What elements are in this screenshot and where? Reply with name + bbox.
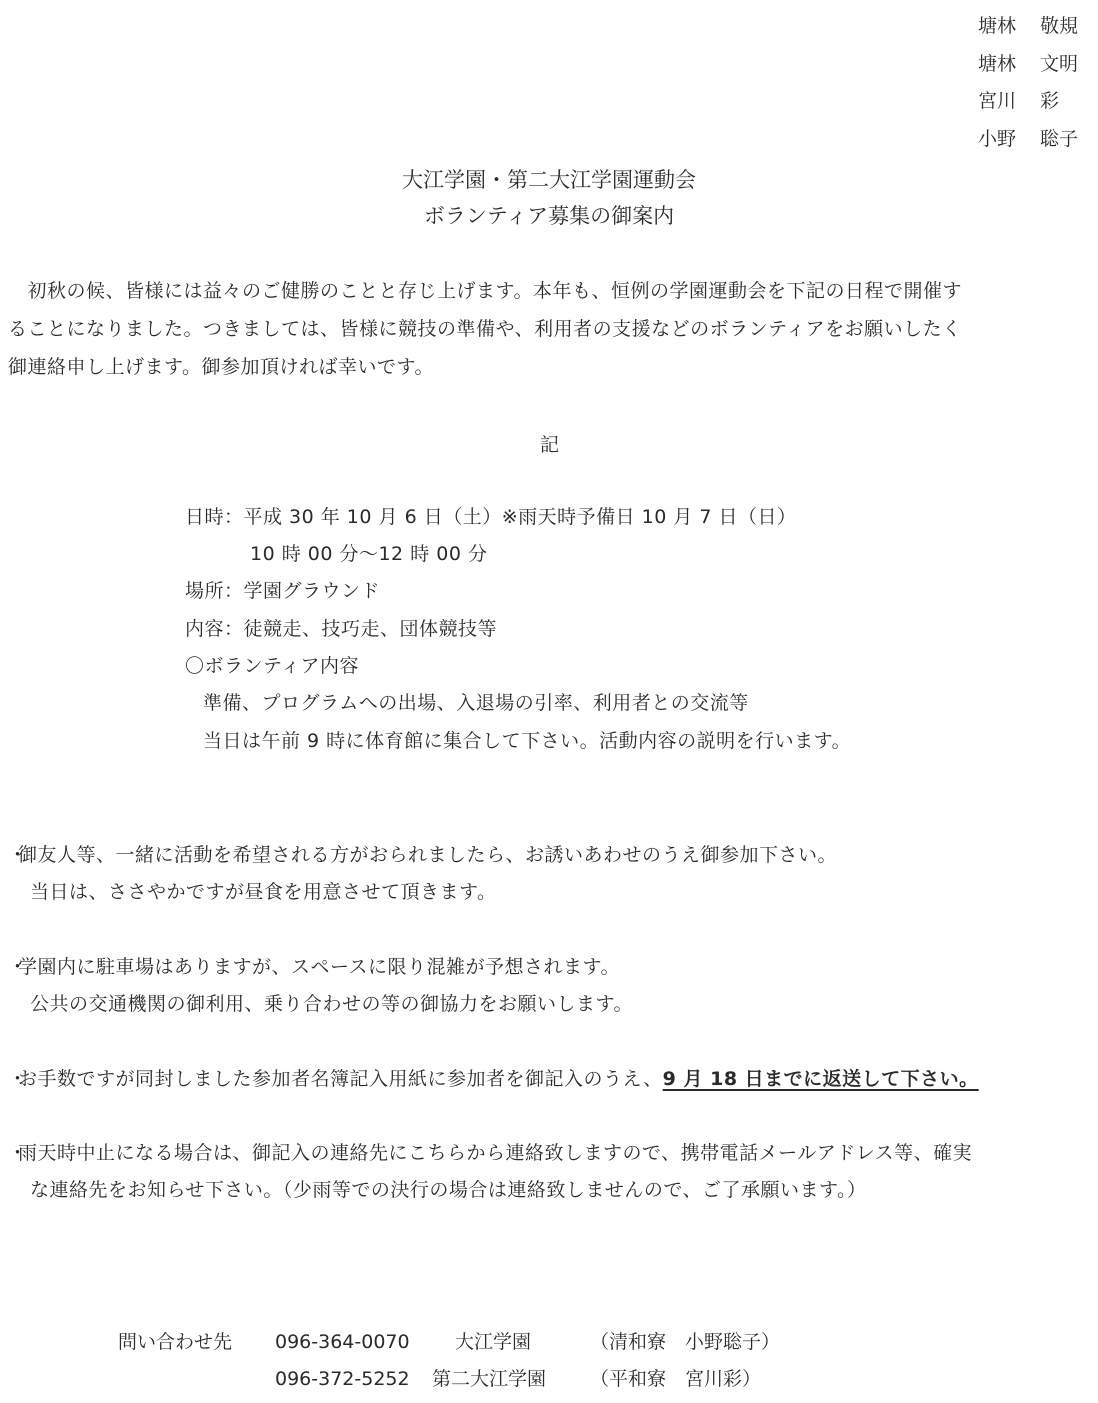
intro-line: 御連絡申し上げます。御参加頂ければ幸いです。: [8, 355, 434, 379]
contact-facility: 第二大江学園: [432, 1367, 546, 1391]
signatory-surname: 塘林: [978, 52, 1016, 76]
signatory-surname: 小野: [978, 127, 1016, 151]
time-value: 10 時 00 分～12 時 00 分: [250, 542, 487, 566]
note-text-continued: 当日は、ささやかですが昼食を用意させて頂きます。: [30, 880, 496, 904]
note-text: お手数ですが同封しました参加者名簿記入用紙に参加者を御記入のうえ、: [18, 1068, 663, 1090]
bullet-icon: ・: [8, 1141, 18, 1165]
deadline-emphasis: 9 月 18 日までに返送して下さい。: [663, 1068, 979, 1090]
place-value: 学園グラウンド: [244, 580, 381, 602]
signatory-given-name: 聡子: [1040, 127, 1078, 151]
note-text: 雨天時中止になる場合は、御記入の連絡先にこちらから連絡致しますので、携帯電話メー…: [18, 1142, 972, 1164]
bullet-icon: ・: [8, 843, 18, 867]
note-text-continued: な連絡先をお知らせ下さい。（少雨等での決行の場合は連絡致しませんので、ご了承願い…: [30, 1178, 867, 1202]
document-title: 大江学園・第二大江学園運動会: [0, 167, 1098, 193]
content-row: 内容：徒競走、技巧走、団体競技等: [185, 617, 497, 641]
signatory-given-name: 彩: [1040, 89, 1059, 113]
place-label: 場所：: [185, 580, 244, 602]
volunteer-heading: 〇ボランティア内容: [185, 654, 359, 678]
content-value: 徒競走、技巧走、団体競技等: [244, 618, 498, 640]
datetime-label: 日時：: [185, 506, 244, 528]
signatory-given-name: 敬規: [1040, 14, 1078, 38]
note-item: ・雨天時中止になる場合は、御記入の連絡先にこちらから連絡致しますので、携帯電話メ…: [8, 1141, 972, 1165]
contact-label: 問い合わせ先: [118, 1330, 232, 1354]
signatory-surname: 塘林: [978, 14, 1016, 38]
note-item: ・御友人等、一緒に活動を希望される方がおられましたら、お誘いあわせのうえ御参加下…: [8, 843, 837, 867]
note-text-continued: 公共の交通機関の御利用、乗り合わせの等の御協力をお願いします。: [30, 992, 633, 1016]
datetime-value: 平成 30 年 10 月 6 日（土）※雨天時予備日 10 月 7 日（日）: [244, 506, 797, 528]
document-subtitle: ボランティア募集の御案内: [0, 203, 1098, 229]
contact-phone: 096-364-0070: [275, 1330, 410, 1354]
note-text: 御友人等、一緒に活動を希望される方がおられましたら、お誘いあわせのうえ御参加下さ…: [18, 844, 837, 866]
signatory-given-name: 文明: [1040, 52, 1078, 76]
contact-person: （平和寮 宮川彩）: [590, 1367, 761, 1391]
note-text: 学園内に駐車場はありますが、スペースに限り混雑が予想されます。: [18, 956, 620, 978]
intro-line: ることになりました。つきましては、皆様に競技の準備や、利用者の支援などのボランテ…: [8, 317, 962, 341]
place-row: 場所：学園グラウンド: [185, 579, 380, 603]
bullet-icon: ・: [8, 955, 18, 979]
volunteer-line: 準備、プログラムへの出場、入退場の引率、利用者との交流等: [203, 691, 749, 715]
volunteer-line: 当日は午前 9 時に体育館に集合して下さい。活動内容の説明を行います。: [203, 729, 851, 753]
bullet-icon: ・: [8, 1067, 18, 1091]
content-label: 内容：: [185, 618, 244, 640]
contact-person: （清和寮 小野聡子）: [590, 1330, 780, 1354]
datetime-row: 日時：平成 30 年 10 月 6 日（土）※雨天時予備日 10 月 7 日（日…: [185, 505, 797, 529]
note-item: ・お手数ですが同封しました参加者名簿記入用紙に参加者を御記入のうえ、9 月 18…: [8, 1067, 979, 1091]
signatory-surname: 宮川: [978, 89, 1016, 113]
ki-heading: 記: [540, 430, 559, 457]
contact-facility: 大江学園: [455, 1330, 531, 1354]
intro-line: 初秋の候、皆様には益々のご健勝のことと存じ上げます。本年も、恒例の学園運動会を下…: [8, 279, 962, 303]
contact-phone: 096-372-5252: [275, 1367, 410, 1391]
note-item: ・学園内に駐車場はありますが、スペースに限り混雑が予想されます。: [8, 955, 620, 979]
